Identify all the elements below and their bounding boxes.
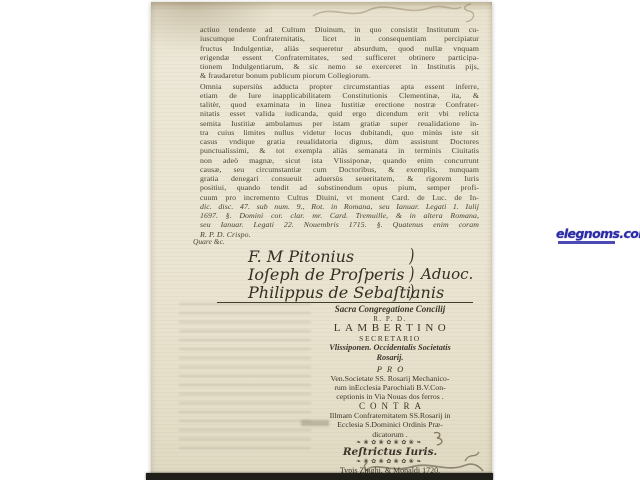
signature-row: F. M Pitonius ) xyxy=(248,245,488,263)
body-line: actiuo tendente ad Cultum Diuinum, in qu… xyxy=(200,25,479,34)
body-line: iuscumque Confraternitatis, licet in con… xyxy=(200,34,479,43)
signature-row: Philippus de Sebaſtianis ) xyxy=(248,281,488,299)
quare-label: Quare &c. xyxy=(193,237,225,246)
document-page: actiuo tendente ad Cultum Diuinum, in qu… xyxy=(151,2,492,473)
body-line: tionem Indulgentiarum, & sic nemo se exe… xyxy=(200,62,479,71)
contra-party-line: Ecclesia S.Dominici Ordinis Præ- xyxy=(299,420,481,429)
signature-block: F. M Pitonius ) Ioſeph de Proſperis ) Ph… xyxy=(248,245,488,299)
body-line: semita Iustitiæ ambulamus per istam grat… xyxy=(200,119,479,128)
secretary-title: SECRETARIO xyxy=(299,334,481,343)
signature-name: Ioſeph de Proſperis xyxy=(248,265,408,284)
body-line: tra cuius limites nullus videtur locus d… xyxy=(200,128,479,137)
body-line: punctualissimi, & tot exempla aliàs sema… xyxy=(200,146,479,155)
pro-label: PRO xyxy=(299,364,481,374)
ink-flourish-top-icon xyxy=(311,0,486,26)
scan-canvas: actiuo tendente ad Cultum Diuinum, in qu… xyxy=(0,0,640,480)
body-line: & fraudaretur bonum publicum piorum Coll… xyxy=(200,71,479,80)
pro-party-line: ceptionis in Via Nouas dos ferros . xyxy=(299,392,481,401)
signature-name: F. M Pitonius xyxy=(248,247,408,266)
body-line: casus vndique gratia reualidatoria dignu… xyxy=(200,137,479,146)
cardinal-name: LAMBERTINO xyxy=(299,323,481,335)
body-line: cuum pro incremento Cultus Diuini, vt mo… xyxy=(200,193,479,202)
body-line: talitèr, quod examinata in linea Iustiti… xyxy=(200,100,479,109)
signature-name: Philippus de Sebaſtianis xyxy=(248,283,408,302)
paragraph-1: actiuo tendente ad Cultum Diuinum, in qu… xyxy=(200,25,479,81)
fleuron-ornament-row-icon: ❧❀✿❀✿❀✿❀❧ xyxy=(299,458,481,467)
body-text: actiuo tendente ad Cultum Diuinum, in qu… xyxy=(200,25,479,239)
case-title-line: Rosarij. xyxy=(299,353,481,364)
page-bottom-edge xyxy=(146,473,493,480)
advocate-label: Aduoc. xyxy=(421,265,473,283)
brace-glyph: ) xyxy=(409,281,414,303)
pro-party-line: rum inEcclesia Parochiali B.V.Con- xyxy=(299,383,481,392)
watermark-underline xyxy=(558,241,615,244)
body-line: causæ, seu circumstantiæ cum Doctoribus,… xyxy=(200,165,479,174)
contra-party-line: Illmam Confraternitatem SS.Rosarij in xyxy=(299,411,481,420)
body-line: positiui, quando tendit ad substinendum … xyxy=(200,183,479,192)
contra-label: CONTRA xyxy=(299,401,481,411)
citation-line: seu Ianuar. Legati 22. Nouembris 1715. §… xyxy=(200,220,479,229)
citation-line: R. P. D. Crispo. xyxy=(200,230,479,239)
pro-party-line: Ven.Societate SS. Rosarij Mechanico- xyxy=(299,374,481,383)
bleedthrough-texture xyxy=(179,303,311,449)
contra-party-line: dicatorum . xyxy=(299,430,481,439)
body-line: etiam de Iure inapplicabilitatem Constit… xyxy=(200,91,479,100)
body-line: erigendæ essent Confraternitates, sed su… xyxy=(200,53,479,62)
citation-line: dic. disc. 47. sub num. 9., Rot. in Roma… xyxy=(200,202,479,211)
restrictus-label: Reſtrictus Iuris. xyxy=(299,447,481,458)
body-line: fructus Indulgentiæ, aliàs sequeretur ab… xyxy=(200,44,479,53)
citation-line: 1697. §. Domini cor. clar. mr. Card. Tre… xyxy=(200,211,479,220)
body-line: nitatis esset valida iudicanda, quid erg… xyxy=(200,109,479,118)
body-line: non adeò magnæ, sicut ista Vlissiponæ, q… xyxy=(200,156,479,165)
case-title-line: Vlissiponen. Occidentalis Societatis xyxy=(299,343,481,353)
congregation-block: Sacra Congregatione Concilij R. P. D. LA… xyxy=(299,305,481,476)
paragraph-2: Omnia supersiùs adducta propter circumst… xyxy=(200,82,479,239)
body-line: Omnia supersiùs adducta propter circumst… xyxy=(200,82,479,91)
congregation-heading: Sacra Congregatione Concilij xyxy=(299,305,481,315)
watermark-text: elegnoms.com xyxy=(556,226,640,241)
body-line: gratia denegari consueuit aduersùs seuer… xyxy=(200,174,479,183)
